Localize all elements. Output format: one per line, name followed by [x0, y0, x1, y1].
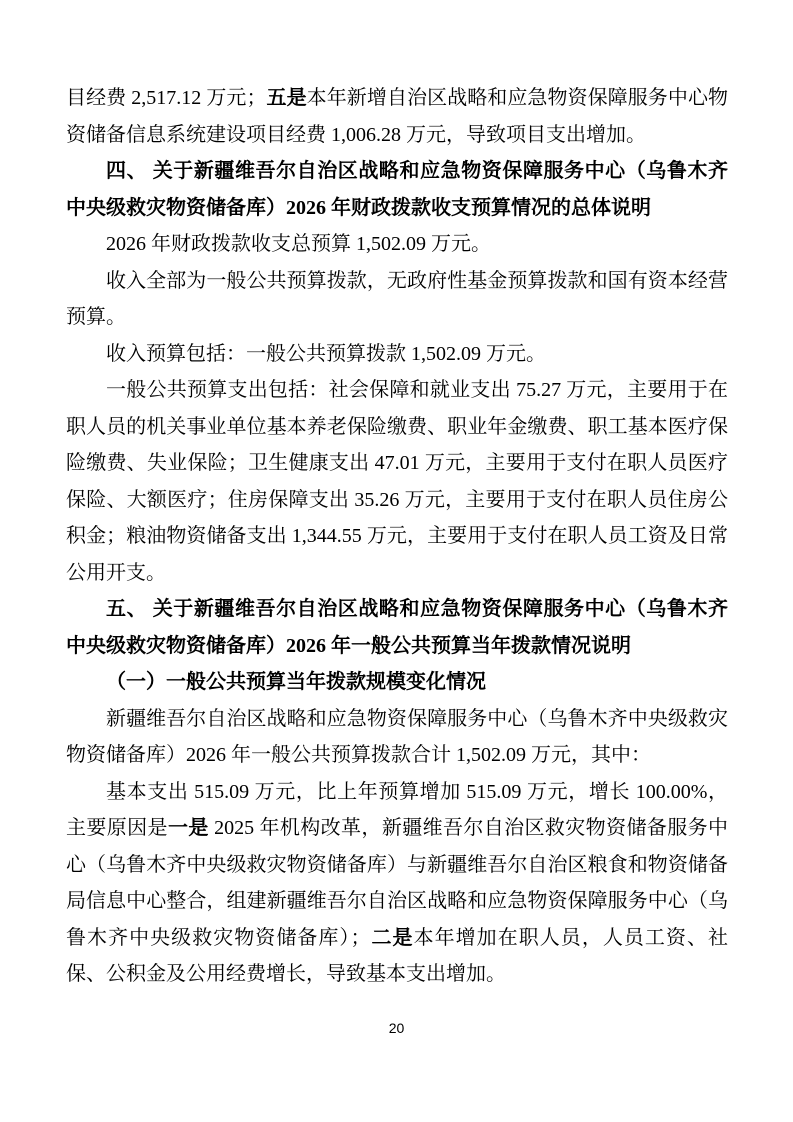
document-page: 目经费 2,517.12 万元；五是本年新增自治区战略和应急物资保障服务中心物资… — [0, 0, 793, 1122]
subheading-five-one: （一）一般公共预算当年拨款规模变化情况 — [66, 664, 728, 701]
document-content: 目经费 2,517.12 万元；五是本年新增自治区战略和应急物资保障服务中心物资… — [66, 80, 728, 993]
paragraph-allocation-total: 新疆维吾尔自治区战略和应急物资保障服务中心（乌鲁木齐中央级救灾物资储备库）202… — [66, 701, 728, 774]
paragraph-income-source: 收入全部为一般公共预算拨款，无政府性基金预算拨款和国有资本经营预算。 — [66, 263, 728, 336]
text-run: 目经费 2,517.12 万元； — [66, 87, 266, 109]
paragraph-basic-expenditure: 基本支出 515.09 万元，比上年预算增加 515.09 万元，增长 100.… — [66, 774, 728, 993]
heading-section-five: 五、 关于新疆维吾尔自治区战略和应急物资保障服务中心（乌鲁木齐中央级救灾物资储备… — [66, 591, 728, 664]
page-number: 20 — [0, 1020, 793, 1036]
paragraph-total-budget: 2026 年财政拨款收支总预算 1,502.09 万元。 — [66, 226, 728, 263]
text-run-bold-yishi: 一是 — [168, 817, 209, 839]
paragraph-project-funds-continuation: 目经费 2,517.12 万元；五是本年新增自治区战略和应急物资保障服务中心物资… — [66, 80, 728, 153]
heading-section-four: 四、 关于新疆维吾尔自治区战略和应急物资保障服务中心（乌鲁木齐中央级救灾物资储备… — [66, 153, 728, 226]
paragraph-income-detail: 收入预算包括：一般公共预算拨款 1,502.09 万元。 — [66, 336, 728, 373]
text-run-bold-wushi: 五是 — [266, 87, 306, 109]
paragraph-expenditure-detail: 一般公共预算支出包括：社会保障和就业支出 75.27 万元，主要用于在职人员的机… — [66, 372, 728, 591]
text-run-bold-ershi: 二是 — [370, 927, 413, 949]
